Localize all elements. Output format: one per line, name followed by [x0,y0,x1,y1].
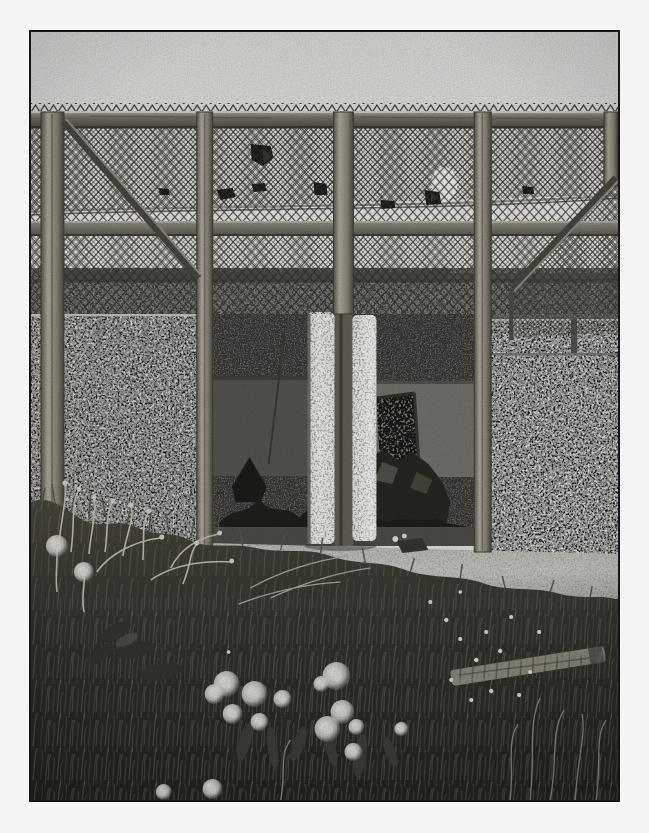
print-keyline-frame [29,30,620,802]
photo-print [0,0,649,833]
photograph [31,32,618,800]
vignette [31,32,618,800]
